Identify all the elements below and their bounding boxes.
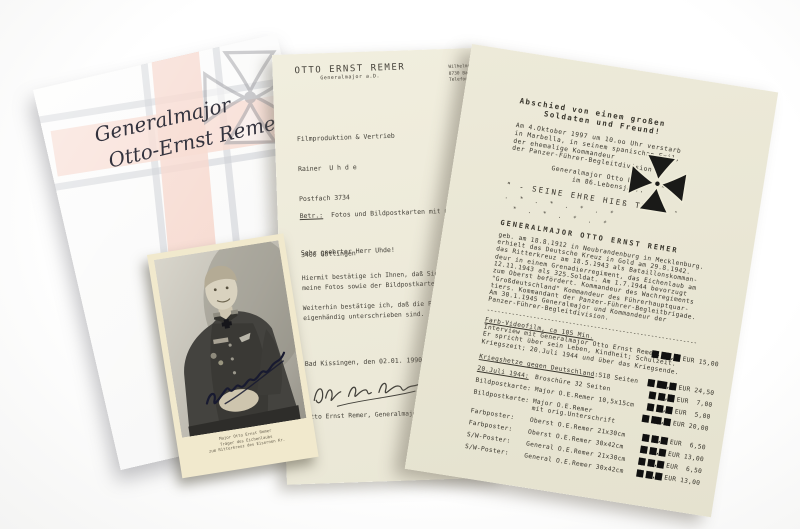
redacted-dm-price: ██ ███,██ <box>642 415 671 426</box>
memorial-price-flyer: Abschied von einem großen Soldaten und F… <box>405 44 778 517</box>
iron-cross-icon <box>614 141 699 230</box>
redacted-dm-price: ██ ██,██ <box>648 392 674 403</box>
recipient-line: Rainer U h d e <box>298 161 396 174</box>
portrait-photo <box>154 240 307 437</box>
redacted-dm-price: ██ ██,██ <box>647 404 673 415</box>
dateline: Bad Kissingen, den 02.01. 1990 <box>305 356 423 368</box>
recipient-line: Filmproduktion & Vertrieb <box>297 131 395 144</box>
redacted-dm-price: ██ ██,██ <box>642 434 668 445</box>
subject-label: Betr.: <box>300 211 324 220</box>
redacted-dm-price: ██ ██,██ <box>640 446 666 457</box>
redacted-dm-price: ██ ██,██ <box>638 458 664 469</box>
recipient-line: Postfach 3734 <box>299 191 397 204</box>
redacted-dm-price: ██ ██,██ <box>636 470 662 481</box>
letterhead: OTTO ERNST REMER Generalmajor a.D. <box>294 62 405 82</box>
document-photo-scene: Generalmajor Otto-Ernst Remer OTTO ERNST… <box>0 0 800 529</box>
redacted-dm-price: ██ ███,██ <box>647 380 676 391</box>
